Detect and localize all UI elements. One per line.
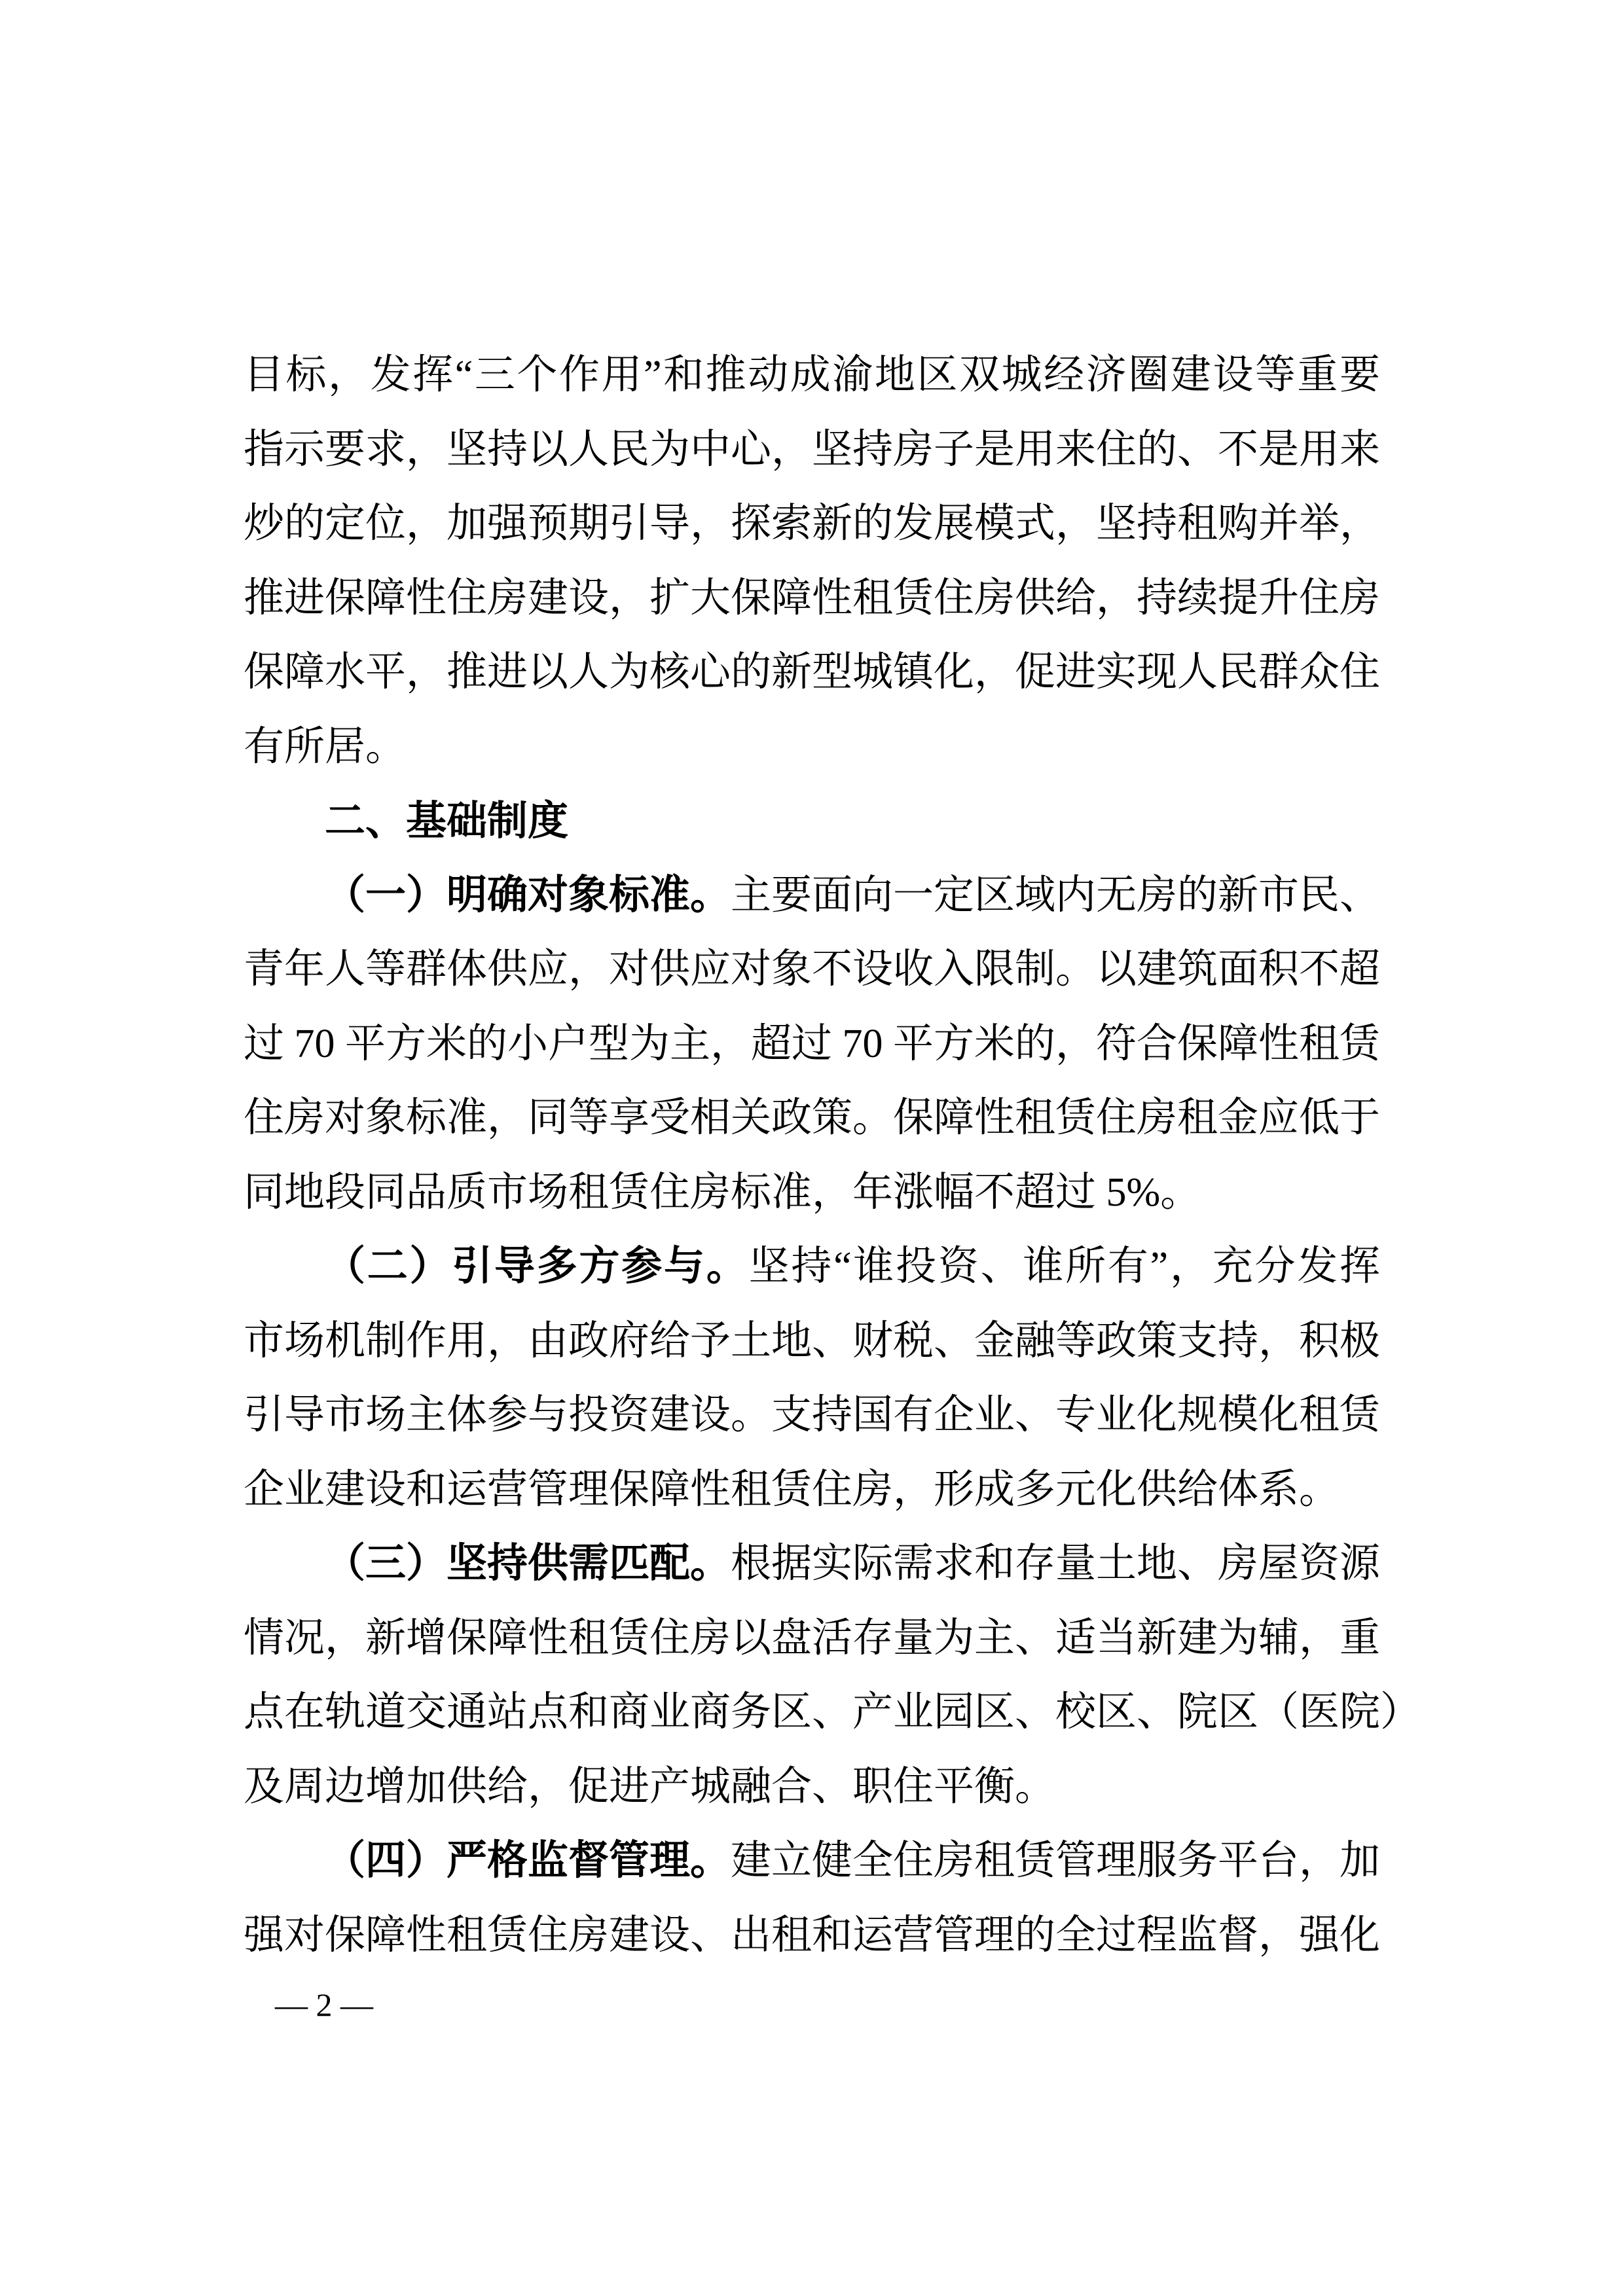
text-line: 同地段同品质市场租赁住房标准，年涨幅不超过 5%。 xyxy=(244,1156,1380,1230)
text-line: 有所居。 xyxy=(244,710,1380,785)
line-text: 住房对象标准，同等享受相关政策。保障性租赁住房租金应低于 xyxy=(244,1096,1380,1140)
line-text: 炒的定位，加强预期引导，探索新的发展模式，坚持租购并举， xyxy=(244,501,1380,546)
line-text: 建立健全住房租赁管理服务平台，加 xyxy=(731,1839,1380,1883)
line-text: 青年人等群体供应，对供应对象不设收入限制。以建筑面积不超 xyxy=(244,947,1380,992)
line-text: 二、基础制度 xyxy=(325,798,568,844)
text-line: 过 70 平方米的小户型为主，超过 70 平方米的，符合保障性租赁 xyxy=(244,1007,1380,1082)
text-line: 炒的定位，加强预期引导，探索新的发展模式，坚持租购并举， xyxy=(244,487,1380,562)
line-text: 企业建设和运营管理保障性租赁住房，形成多元化供给体系。 xyxy=(244,1467,1340,1512)
line-text: 引导市场主体参与投资建设。支持国有企业、专业化规模化租赁 xyxy=(244,1393,1380,1437)
text-line: 及周边增加供给，促进产城融合、职住平衡。 xyxy=(244,1750,1380,1825)
text-line: 引导市场主体参与投资建设。支持国有企业、专业化规模化租赁 xyxy=(244,1378,1380,1453)
document-page: 目标，发挥“三个作用”和推动成渝地区双城经济圈建设等重要指示要求，坚持以人民为中… xyxy=(0,0,1623,2296)
line-text: 根据实际需求和存量土地、房屋资源 xyxy=(731,1541,1380,1586)
line-text: 市场机制作用，由政府给予土地、财税、金融等政策支持，积极 xyxy=(244,1319,1380,1363)
line-text: 情况，新增保障性租赁住房以盘活存量为主、适当新建为辅，重 xyxy=(244,1616,1380,1660)
text-line: 指示要求，坚持以人民为中心，坚持房子是用来住的、不是用来 xyxy=(244,413,1380,488)
text-line: （二）引导多方参与。坚持“谁投资、谁所有”，充分发挥 xyxy=(244,1230,1380,1304)
text-line: （一）明确对象标准。主要面向一定区域内无房的新市民、 xyxy=(244,859,1380,933)
text-line: 情况，新增保障性租赁住房以盘活存量为主、适当新建为辅，重 xyxy=(244,1602,1380,1676)
clause-heading: （二）引导多方参与。 xyxy=(325,1244,749,1289)
clause-heading: （四）严格监督管理。 xyxy=(325,1839,731,1883)
page-number: — 2 — xyxy=(275,1984,373,2025)
text-line: 强对保障性租赁住房建设、出租和运营管理的全过程监督，强化 xyxy=(244,1899,1380,1973)
line-text: 强对保障性租赁住房建设、出租和运营管理的全过程监督，强化 xyxy=(244,1913,1380,1958)
text-line: （三）坚持供需匹配。根据实际需求和存量土地、房屋资源 xyxy=(244,1527,1380,1602)
text-line: 点在轨道交通站点和商业商务区、产业园区、校区、院区（医院） xyxy=(244,1676,1380,1750)
clause-heading: （一）明确对象标准。 xyxy=(325,873,731,918)
line-text: 主要面向一定区域内无房的新市民、 xyxy=(731,873,1380,918)
line-text: 同地段同品质市场租赁住房标准，年涨幅不超过 5%。 xyxy=(244,1170,1201,1215)
line-text: 有所居。 xyxy=(244,725,406,769)
section-heading: 二、基础制度 xyxy=(244,784,1380,859)
line-text: 过 70 平方米的小户型为主，超过 70 平方米的，符合保障性租赁 xyxy=(244,1022,1380,1066)
line-text: 指示要求，坚持以人民为中心，坚持房子是用来住的、不是用来 xyxy=(244,427,1380,472)
clause-heading: （三）坚持供需匹配。 xyxy=(325,1541,731,1586)
text-line: 保障水平，推进以人为核心的新型城镇化，促进实现人民群众住 xyxy=(244,636,1380,710)
line-text: 保障水平，推进以人为核心的新型城镇化，促进实现人民群众住 xyxy=(244,650,1380,694)
text-line: 市场机制作用，由政府给予土地、财税、金融等政策支持，积极 xyxy=(244,1304,1380,1379)
text-line: 企业建设和运营管理保障性租赁住房，形成多元化供给体系。 xyxy=(244,1453,1380,1528)
text-line: 住房对象标准，同等享受相关政策。保障性租赁住房租金应低于 xyxy=(244,1081,1380,1156)
line-text: 目标，发挥“三个作用”和推动成渝地区双城经济圈建设等重要 xyxy=(244,353,1380,397)
line-text: 点在轨道交通站点和商业商务区、产业园区、校区、院区（医院） xyxy=(244,1690,1421,1734)
line-text: 及周边增加供给，促进产城融合、职住平衡。 xyxy=(244,1765,1055,1809)
text-line: （四）严格监督管理。建立健全住房租赁管理服务平台，加 xyxy=(244,1824,1380,1899)
document-body: 目标，发挥“三个作用”和推动成渝地区双城经济圈建设等重要指示要求，坚持以人民为中… xyxy=(244,338,1380,1973)
text-line: 推进保障性住房建设，扩大保障性租赁住房供给，持续提升住房 xyxy=(244,562,1380,636)
line-text: 推进保障性住房建设，扩大保障性租赁住房供给，持续提升住房 xyxy=(244,576,1380,620)
line-text: 坚持“谁投资、谁所有”，充分发挥 xyxy=(749,1244,1380,1289)
text-line: 青年人等群体供应，对供应对象不设收入限制。以建筑面积不超 xyxy=(244,933,1380,1007)
text-line: 目标，发挥“三个作用”和推动成渝地区双城经济圈建设等重要 xyxy=(244,338,1380,413)
